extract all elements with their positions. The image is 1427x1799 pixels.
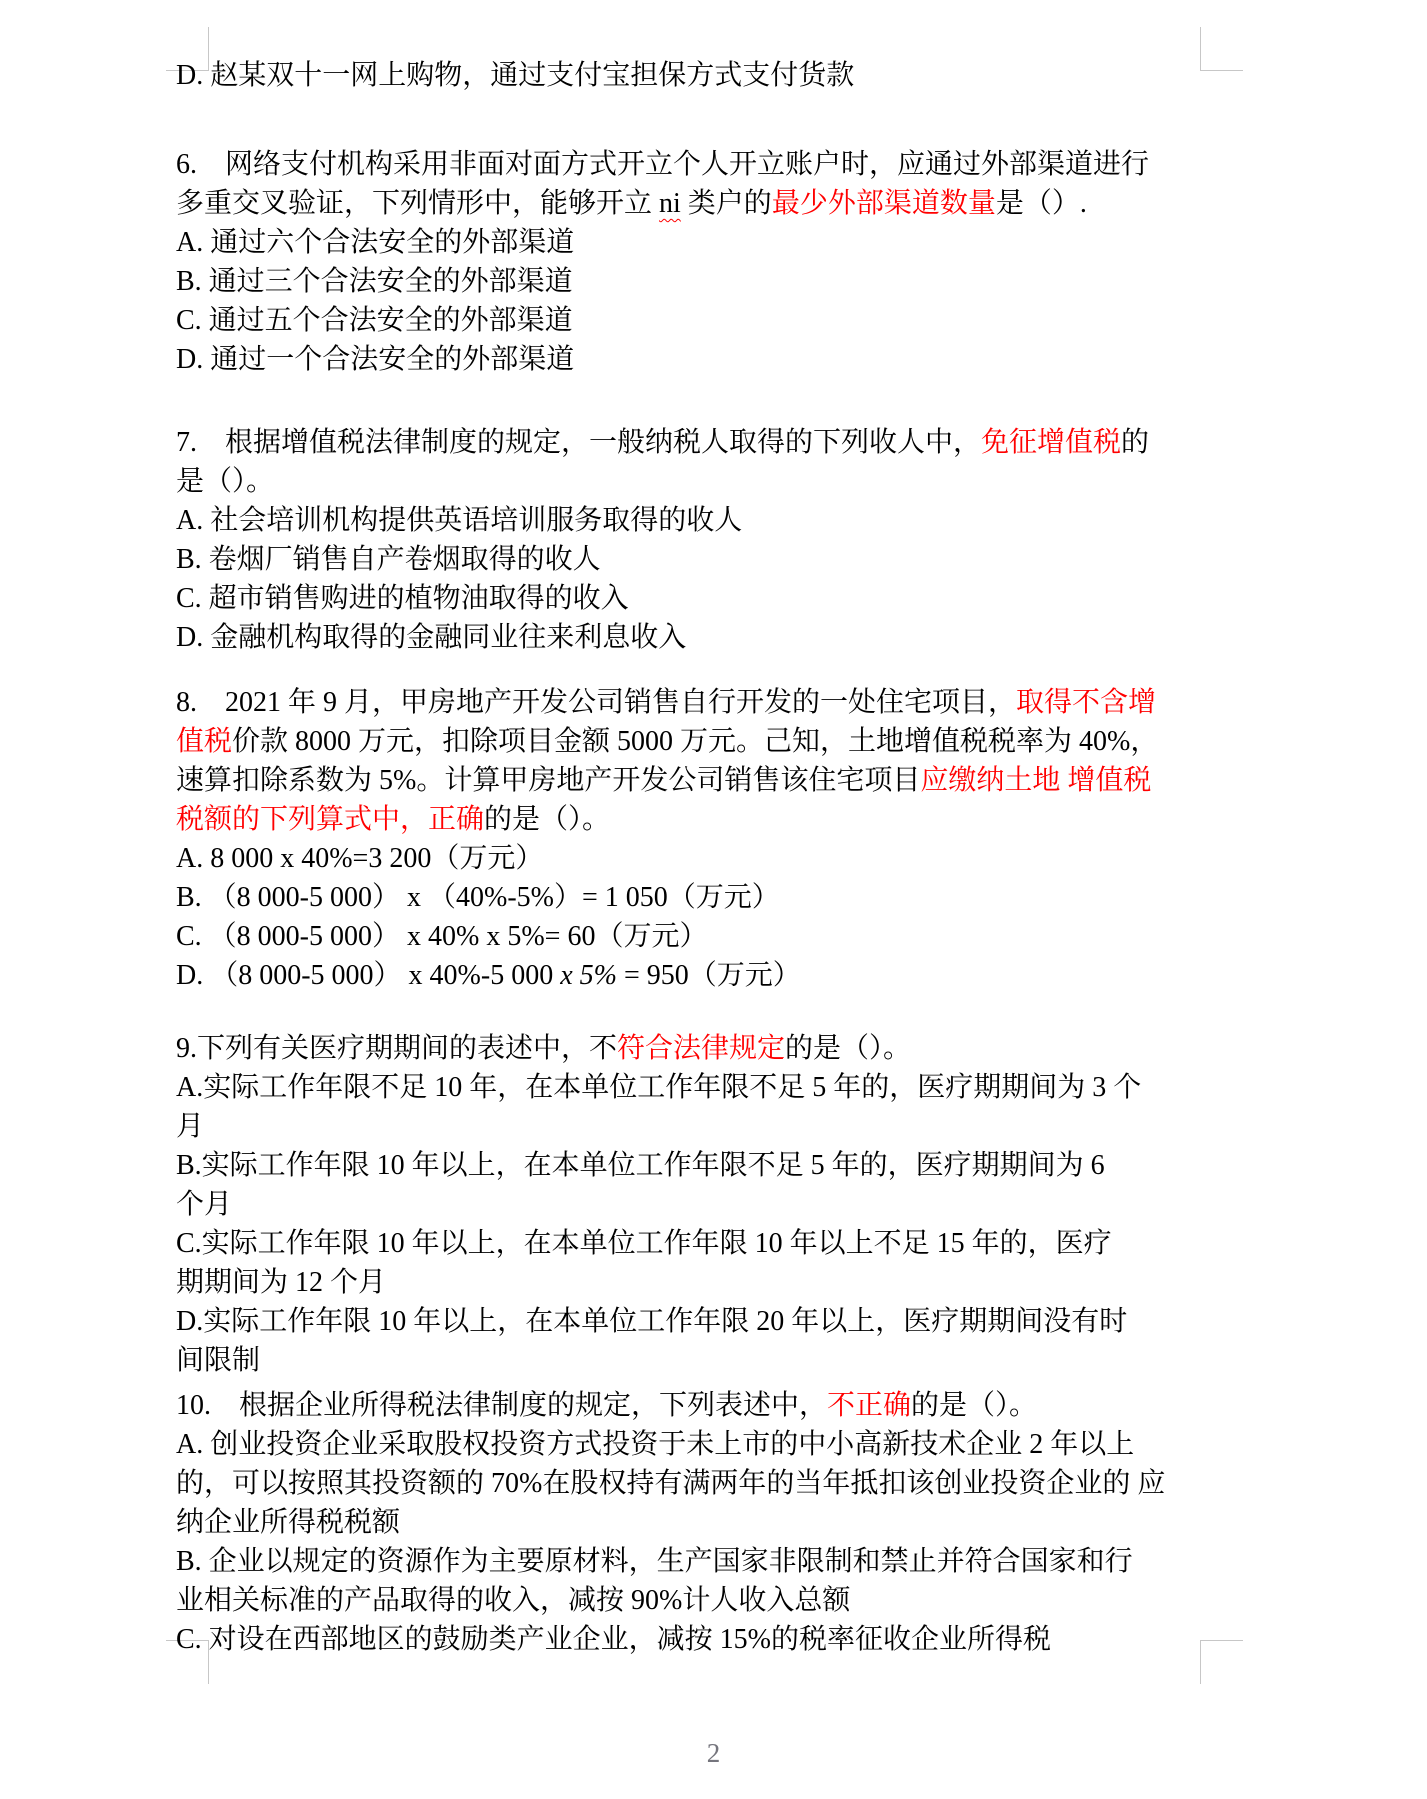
red-emphasis-text: 不正确: [827, 1390, 911, 1421]
q8-option-a: A. 8 000 x 40%=3 200（万元）: [176, 839, 1246, 878]
q6-option-b: B. 通过三个合法安全的外部渠道: [176, 262, 1246, 301]
text-segment: 月: [176, 1111, 204, 1142]
document-page: D. 赵某双十一网上购物，通过支付宝担保方式支付货款6. 网络支付机构采用非面对…: [0, 0, 1427, 1799]
text-segment: D. （8 000-5 000） x 40%-5 000: [176, 960, 560, 991]
red-emphasis-text: 应缴纳土地 增值税: [920, 765, 1151, 796]
text-segment: D.实际工作年限 10 年以上，在本单位工作年限 20 年以上，医疗期期间没有时: [176, 1306, 1127, 1337]
red-emphasis-text: 值税: [176, 726, 232, 757]
q7-option-a: A. 社会培训机构提供英语培训服务取得的收人: [176, 501, 1246, 540]
q5-option-d: D. 赵某双十一网上购物，通过支付宝担保方式支付货款: [176, 56, 1246, 95]
red-emphasis-text: 符合法律规定: [617, 1033, 785, 1064]
text-segment: A. 8 000 x 40%=3 200（万元）: [176, 843, 543, 874]
text-segment: 8. 2021 年 9 月，甲房地产开发公司销售自行开发的一处住宅项目，: [176, 687, 1016, 718]
q8-option-b: B. （8 000-5 000） x （40%-5%）= 1 050（万元）: [176, 878, 1246, 917]
text-segment: B. 通过三个合法安全的外部渠道: [176, 266, 573, 297]
text-segment: D. 赵某双十一网上购物，通过支付宝担保方式支付货款: [176, 60, 854, 91]
q9-option-b: B.实际工作年限 10 年以上，在本单位工作年限不足 5 年的，医疗期期间为 6…: [176, 1146, 1246, 1224]
text-segment: 的是（）。: [911, 1390, 1037, 1421]
text-segment: 的: [1121, 427, 1149, 458]
q10-stem: 10. 根据企业所得税法律制度的规定，下列表述中，不正确的是（）。: [176, 1386, 1246, 1425]
text-segment: A.实际工作年限不足 10 年，在本单位工作年限不足 5 年的，医疗期期间为 3…: [176, 1072, 1141, 1103]
red-emphasis-text: 正确: [428, 804, 484, 835]
q6-stem: 6. 网络支付机构采用非面对面方式开立个人开立账户时，应通过外部渠道进行多重交叉…: [176, 145, 1246, 223]
red-emphasis-text: 税额的下列算式中，: [176, 804, 428, 835]
q10-option-c: C. 对设在西部地区的鼓励类产业企业，减按 15%的税率征收企业所得税: [176, 1620, 1246, 1659]
red-emphasis-text: 免征增值税: [981, 427, 1121, 458]
text-segment: 的是（）。: [785, 1033, 911, 1064]
text-segment: B.实际工作年限 10 年以上，在本单位工作年限不足 5 年的，医疗期期间为 6: [176, 1150, 1105, 1181]
q9-option-d: D.实际工作年限 10 年以上，在本单位工作年限 20 年以上，医疗期期间没有时…: [176, 1302, 1246, 1380]
text-segment: 间限制: [176, 1345, 260, 1376]
q10-option-b: B. 企业以规定的资源作为主要原材料，生产国家非限制和禁止并符合国家和行业相关标…: [176, 1542, 1246, 1620]
text-segment: 价款 8000 万元，扣除项目金额 5000 万元。己知，土地增值税税率为 40…: [232, 726, 1158, 757]
text-segment: 业相关标准的产品取得的收入，减按 90%计人收入总额: [176, 1585, 850, 1616]
text-segment: B. 企业以规定的资源作为主要原材料，生产国家非限制和禁止并符合国家和行: [176, 1546, 1133, 1577]
text-segment: C. （8 000-5 000） x 40% x 5%= 60（万元）: [176, 921, 707, 952]
text-segment: C. 对设在西部地区的鼓励类产业企业，减按 15%的税率征收企业所得税: [176, 1624, 1051, 1655]
text-segment: 纳企业所得税税额: [176, 1507, 400, 1538]
page-number: 2: [0, 1738, 1427, 1769]
text-segment: A. 创业投资企业采取股权投资方式投资于未上市的中小高新技术企业 2 年以上: [176, 1429, 1134, 1460]
text-segment: 6. 网络支付机构采用非面对面方式开立个人开立账户时，应通过外部渠道进行: [176, 149, 1149, 180]
spellcheck-flagged-text: ni: [659, 188, 681, 219]
text-segment: x 5%: [560, 960, 617, 991]
text-content-area: D. 赵某双十一网上购物，通过支付宝担保方式支付货款6. 网络支付机构采用非面对…: [176, 56, 1246, 1659]
text-segment: B. （8 000-5 000） x （40%-5%）= 1 050（万元）: [176, 882, 780, 913]
q7-option-c: C. 超市销售购进的植物油取得的收入: [176, 579, 1246, 618]
text-segment: 类户的: [681, 188, 772, 219]
q8-option-c: C. （8 000-5 000） x 40% x 5%= 60（万元）: [176, 917, 1246, 956]
red-emphasis-text: 最少外部渠道数量: [772, 188, 996, 219]
text-segment: C. 通过五个合法安全的外部渠道: [176, 305, 573, 336]
q9-option-a: A.实际工作年限不足 10 年，在本单位工作年限不足 5 年的，医疗期期间为 3…: [176, 1068, 1246, 1146]
text-segment: 10. 根据企业所得税法律制度的规定，下列表述中，: [176, 1390, 827, 1421]
q7-option-d: D. 金融机构取得的金融同业往来利息收入: [176, 618, 1246, 657]
text-segment: 速算扣除系数为 5%。计算甲房地产开发公司销售该住宅项目: [176, 765, 920, 796]
text-segment: C.实际工作年限 10 年以上，在本单位工作年限 10 年以上不足 15 年的，…: [176, 1228, 1112, 1259]
text-segment: A. 通过六个合法安全的外部渠道: [176, 227, 574, 258]
q9-stem: 9.下列有关医疗期期间的表述中，不符合法律规定的是（）。: [176, 1029, 1246, 1068]
q7-stem: 7. 根据增值税法律制度的规定，一般纳税人取得的下列收人中，免征增值税的是（）。: [176, 423, 1246, 501]
q6-option-a: A. 通过六个合法安全的外部渠道: [176, 223, 1246, 262]
q8-stem: 8. 2021 年 9 月，甲房地产开发公司销售自行开发的一处住宅项目，取得不含…: [176, 683, 1246, 839]
text-segment: 的，可以按照其投资额的 70%在股权持有满两年的当年抵扣该创业投资企业的 应: [176, 1468, 1165, 1499]
text-segment: 个月: [176, 1189, 232, 1220]
q6-option-d: D. 通过一个合法安全的外部渠道: [176, 340, 1246, 379]
text-segment: 9.下列有关医疗期期间的表述中，不: [176, 1033, 617, 1064]
text-segment: 是（）.: [996, 188, 1087, 219]
text-segment: C. 超市销售购进的植物油取得的收入: [176, 583, 629, 614]
text-segment: 期期间为 12 个月: [176, 1267, 386, 1298]
text-segment: A. 社会培训机构提供英语培训服务取得的收人: [176, 505, 742, 536]
text-segment: = 950（万元）: [617, 960, 801, 991]
text-segment: 是（）。: [176, 466, 274, 497]
text-segment: 多重交叉验证，下列情形中，能够开立: [176, 188, 659, 219]
text-segment: B. 卷烟厂销售自产卷烟取得的收人: [176, 544, 601, 575]
q10-option-a: A. 创业投资企业采取股权投资方式投资于未上市的中小高新技术企业 2 年以上的，…: [176, 1425, 1246, 1542]
q7-option-b: B. 卷烟厂销售自产卷烟取得的收人: [176, 540, 1246, 579]
q6-option-c: C. 通过五个合法安全的外部渠道: [176, 301, 1246, 340]
text-segment: 的是（）。: [484, 804, 610, 835]
q8-option-d: D. （8 000-5 000） x 40%-5 000 x 5% = 950（…: [176, 956, 1246, 995]
red-emphasis-text: 取得不含增: [1016, 687, 1156, 718]
text-segment: D. 金融机构取得的金融同业往来利息收入: [176, 622, 686, 653]
text-segment: 7. 根据增值税法律制度的规定，一般纳税人取得的下列收人中，: [176, 427, 981, 458]
q9-option-c: C.实际工作年限 10 年以上，在本单位工作年限 10 年以上不足 15 年的，…: [176, 1224, 1246, 1302]
text-segment: D. 通过一个合法安全的外部渠道: [176, 344, 574, 375]
